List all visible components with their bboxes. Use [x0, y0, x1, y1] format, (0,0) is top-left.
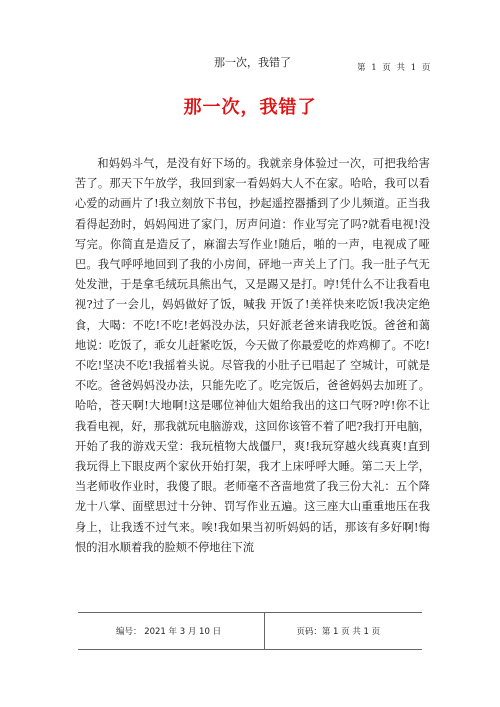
header-title: 那一次，我错了	[214, 54, 291, 70]
footer-serial-cell: 编号： 2021 年 3 月 10 日	[78, 613, 265, 649]
document-title: 那一次，我错了	[0, 93, 500, 119]
footer-table: 编号： 2021 年 3 月 10 日 页码：第 1 页 共 1 页	[78, 612, 422, 650]
footer-page-code: 页码：第 1 页 共 1 页	[296, 625, 380, 637]
header-page-info: 第 1 页 共 1 页	[357, 61, 432, 73]
footer-page-cell: 页码：第 1 页 共 1 页	[265, 613, 423, 649]
footer-serial: 编号： 2021 年 3 月 10 日	[116, 625, 221, 637]
document-body: 和妈妈斗气，是没有好下场的。我就亲身体验过一次，可把我给害苦了。那天下午放学，我…	[75, 154, 430, 558]
